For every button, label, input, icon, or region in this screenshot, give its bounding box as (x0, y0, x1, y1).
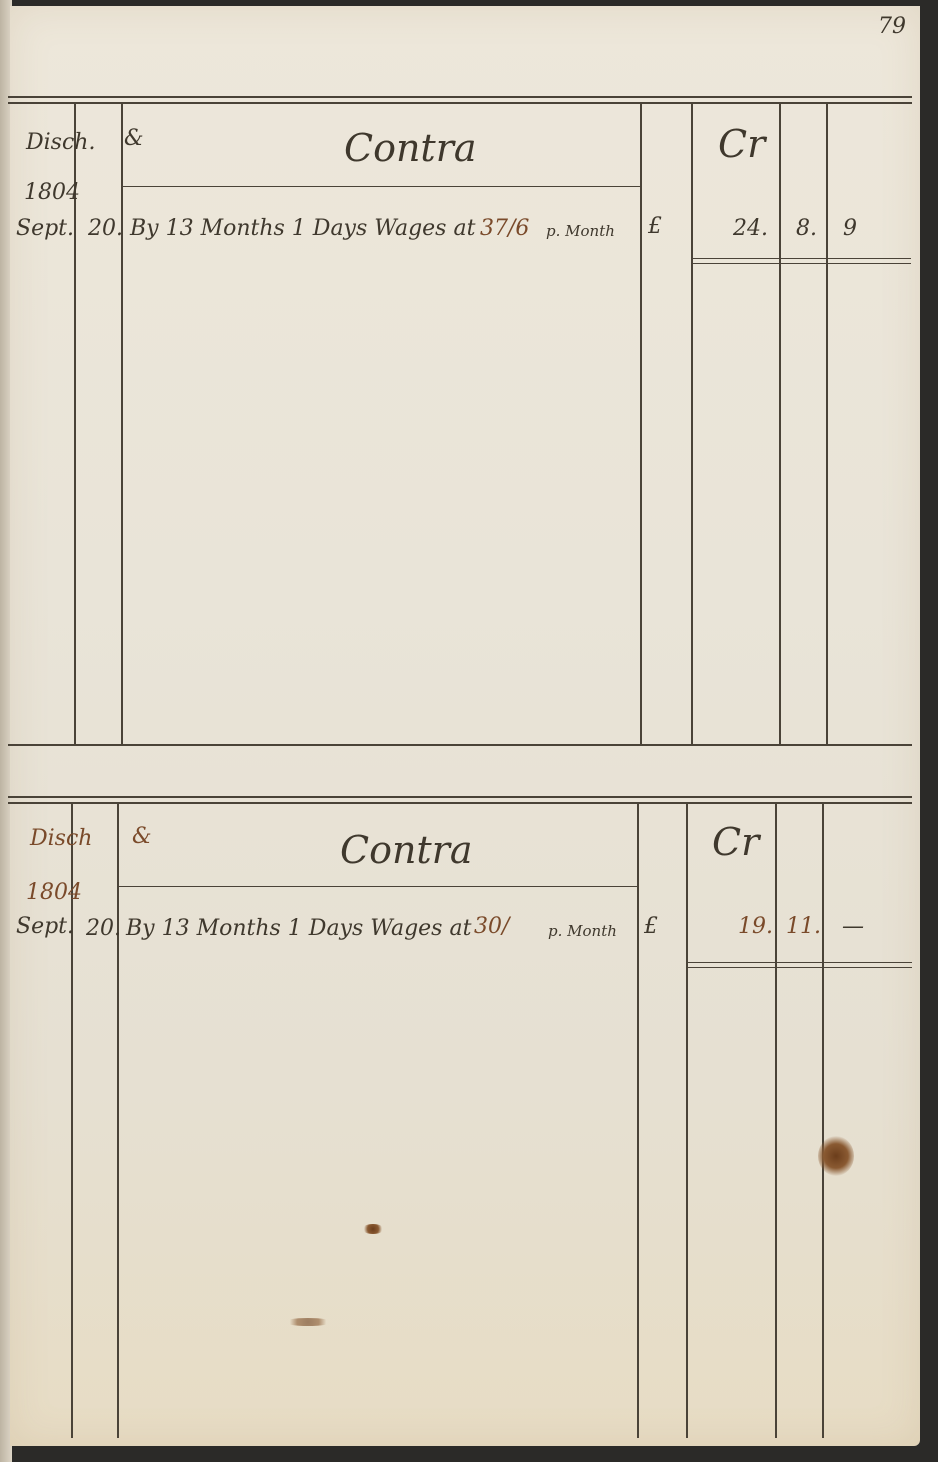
wage-rate: 30/ (474, 914, 509, 939)
section-heading: Contra (344, 126, 477, 170)
day: 20. (86, 916, 121, 941)
description-column-rule (640, 102, 642, 744)
total-rule (691, 258, 911, 259)
entry-description: By 13 Months 1 Days Wages at (130, 216, 475, 241)
discharge-label: Disch. (26, 130, 95, 155)
amount-shillings: 8. (796, 216, 817, 241)
amount-shillings: 11. (786, 914, 821, 939)
ampersand: & (132, 824, 152, 849)
section-heading: Contra (340, 828, 473, 872)
top-rule (8, 96, 912, 98)
total-rule-inner (691, 263, 911, 264)
currency-mark: £ (644, 914, 658, 939)
ink-stain-small (362, 1224, 384, 1234)
page-number: 79 (878, 14, 906, 39)
amount-pounds: 24. (733, 216, 768, 241)
bottom-rule (8, 744, 912, 746)
ink-stain (818, 1136, 854, 1176)
currency-mark: £ (648, 214, 662, 239)
day: 20. (88, 216, 123, 241)
credit-heading: Cr (718, 122, 765, 166)
description-column-rule (637, 802, 639, 1438)
pounds-column-rule (779, 102, 781, 744)
month: Sept. (16, 914, 74, 939)
folio-column-rule (686, 802, 688, 1438)
folio-column-rule (691, 102, 693, 744)
rate-suffix: p. Month (546, 222, 615, 240)
ink-stain-smudge (284, 1318, 332, 1326)
shillings-column-rule (822, 802, 824, 1438)
total-rule (686, 962, 912, 963)
discharge-label: Disch (30, 826, 92, 851)
shillings-column-rule (826, 102, 828, 744)
header-underline (117, 886, 638, 887)
amount-pounds: 19. (738, 914, 773, 939)
entry-description: By 13 Months 1 Days Wages at (126, 916, 471, 941)
total-rule-inner (686, 967, 912, 968)
amount-pence: 9 (843, 216, 857, 241)
month: Sept. (16, 216, 74, 241)
amount-pence: — (842, 914, 864, 939)
top-rule (8, 796, 912, 798)
credit-heading: Cr (712, 820, 759, 864)
year: 1804 (26, 880, 82, 905)
top-rule-inner (8, 102, 912, 104)
day-column-rule (117, 802, 119, 1438)
header-underline (121, 186, 641, 187)
ampersand: & (124, 126, 144, 151)
year: 1804 (24, 180, 80, 205)
day-column-rule (121, 102, 123, 744)
rate-suffix: p. Month (548, 922, 617, 940)
wage-rate: 37/6 (480, 216, 529, 241)
pounds-column-rule (775, 802, 777, 1438)
